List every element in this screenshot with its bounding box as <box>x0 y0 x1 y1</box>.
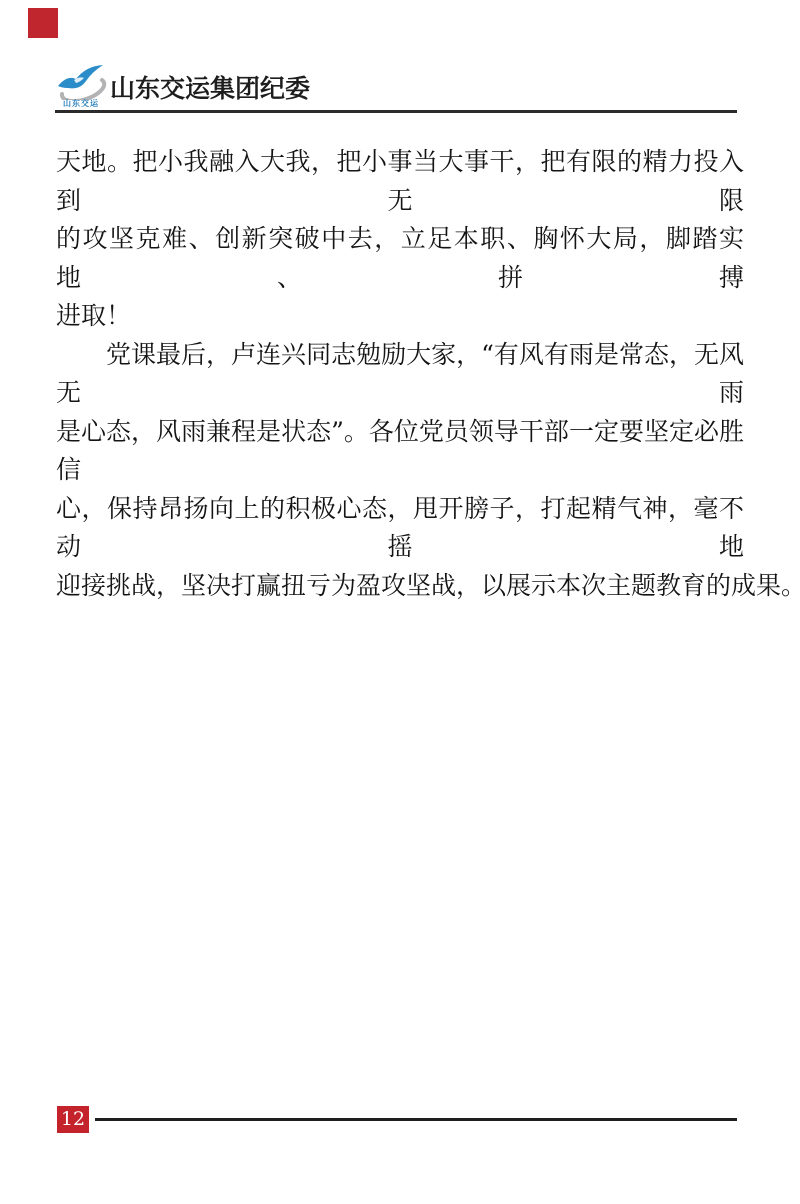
company-logo: 山东交运 <box>54 62 108 110</box>
document-page: 山东交运 山东交运集团纪委 天地。把小我融入大我，把小事当大事干，把有限的精力投… <box>0 0 800 1204</box>
body-line: 迎接挑战，坚决打赢扭亏为盈攻坚战，以展示本次主题教育的成果。 <box>56 567 744 606</box>
document-body: 天地。把小我融入大我，把小事当大事干，把有限的精力投入到无限 的攻坚克难、创新突… <box>56 143 744 605</box>
page-title: 山东交运集团纪委 <box>110 74 310 104</box>
page-number-badge: 12 <box>57 1106 89 1133</box>
body-line: 党课最后，卢连兴同志勉励大家，“有风有雨是常态，无风无雨 <box>56 336 744 413</box>
body-line: 的攻坚克难、创新突破中去，立足本职、胸怀大局，脚踏实地、拼搏 <box>56 220 744 297</box>
body-line: 天地。把小我融入大我，把小事当大事干，把有限的精力投入到无限 <box>56 143 744 220</box>
swallow-logo-icon <box>54 62 108 100</box>
corner-red-mark <box>28 8 58 38</box>
logo-caption: 山东交运 <box>54 98 108 109</box>
body-line: 是心态，风雨兼程是状态”。各位党员领导干部一定要坚定必胜信 <box>56 413 744 490</box>
header-divider <box>55 110 737 113</box>
body-line: 进取！ <box>56 297 744 336</box>
footer-divider <box>95 1118 737 1121</box>
body-line: 心，保持昂扬向上的积极心态，甩开膀子，打起精气神，毫不动摇地 <box>56 490 744 567</box>
